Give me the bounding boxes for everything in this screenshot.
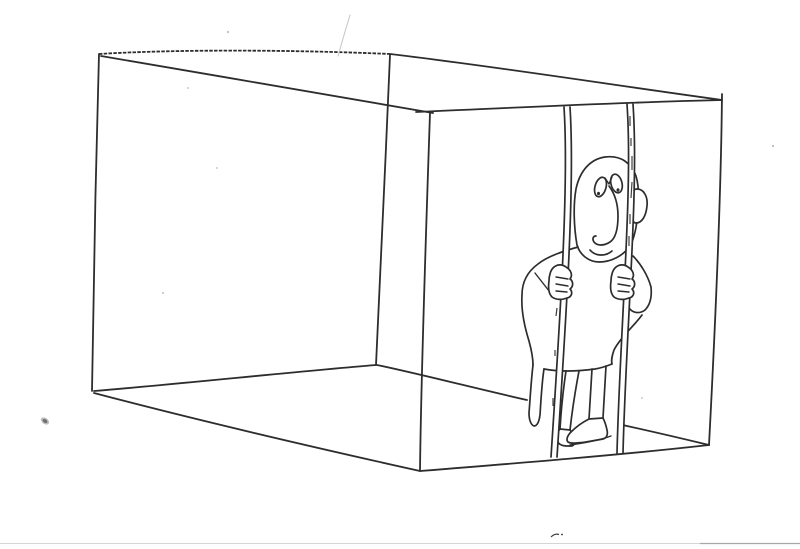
box-edge-front-left-vertical bbox=[420, 113, 430, 471]
right-leg-outer bbox=[603, 366, 606, 418]
box-edge-floor-back bbox=[94, 365, 376, 391]
left-leg-inner bbox=[570, 371, 579, 430]
box-edge-interior-back-vertical bbox=[376, 55, 390, 365]
box-edge-bottom-front bbox=[420, 445, 709, 471]
faint-dot-3 bbox=[216, 167, 218, 169]
bottom-scribble-dot bbox=[561, 534, 563, 536]
box-edge-top-left-slant bbox=[101, 56, 433, 113]
box-edge-top-back bbox=[99, 51, 390, 54]
box-edge-bottom-left bbox=[94, 393, 420, 471]
box-edge-right-vertical bbox=[709, 94, 722, 445]
faint-dot-4 bbox=[162, 292, 164, 294]
box-edge-floor-right-near bbox=[618, 424, 709, 445]
right-pupil bbox=[617, 188, 620, 192]
prisoner-hands bbox=[549, 265, 635, 300]
bottom-scribble-mark bbox=[551, 534, 559, 537]
right-leg-inner bbox=[589, 369, 592, 419]
faint-dot-5 bbox=[772, 145, 774, 147]
box-edge-left-vertical bbox=[92, 54, 99, 391]
tunic-hem bbox=[544, 364, 612, 371]
tunic-fold-flap bbox=[529, 365, 544, 426]
box-edge-top-right bbox=[390, 54, 722, 100]
faint-dot-1 bbox=[227, 31, 229, 33]
faint-dot-2 bbox=[187, 87, 189, 89]
left-pupil bbox=[597, 192, 600, 196]
cartoon-page bbox=[0, 0, 800, 549]
left-hand bbox=[549, 265, 573, 300]
paper-crease-mark bbox=[338, 15, 350, 56]
right-hand bbox=[611, 265, 635, 300]
box-edge-floor-right-far bbox=[377, 365, 527, 400]
cartoon-prisoner-open-cage-drawing bbox=[0, 0, 800, 549]
torso-left-side bbox=[522, 247, 578, 365]
faint-dot-6 bbox=[641, 397, 643, 399]
